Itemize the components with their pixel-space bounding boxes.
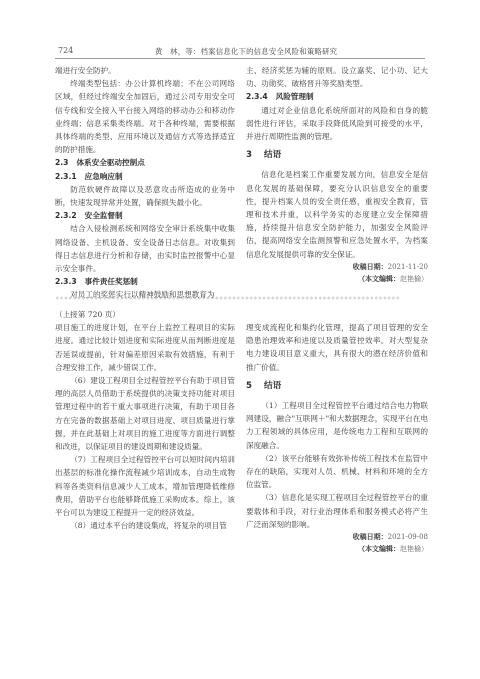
bottom-right-column: 理变成流程化和集约化管理，提高了项目管理的安全隐患治理效率和进度以及质量管控效率… bbox=[246, 321, 428, 555]
paragraph: （2）该平台能够有效弥补传统工程技术在监管中存在的缺陷，实现对人员、机械、材料和… bbox=[246, 452, 428, 492]
top-left-column: 端进行安全防护。 终端类型包括：办公计算机终端；不在公司网络区域，但经过终端安全… bbox=[55, 64, 235, 302]
paragraph: （6）建设工程项目全过程管控平台有助于项目管理的高层人员借助于系统提供的决策支持… bbox=[55, 374, 235, 453]
section-separator: ✧✧✧✧✧✧✧✧✧✧✧✧✧✧✧✧✧✧✧✧✧✧✧✧✧✧✧✧✧✧✧✧✧✧✧✧✧✧✧✧… bbox=[55, 296, 425, 302]
paragraph: 理变成流程化和集约化管理，提高了项目管理的安全隐患治理效率和进度以及质量管控效率… bbox=[246, 321, 428, 374]
section-heading-2-3: 2.3体系安全驱动控制点 bbox=[55, 156, 235, 169]
received-date-line: 收稿日期：2021-11-20 bbox=[246, 261, 428, 273]
section-heading-2-3-2: 2.3.2安全监督制 bbox=[55, 209, 235, 222]
section-heading-2-3-3: 2.3.3事件责任奖惩制 bbox=[55, 275, 235, 288]
paragraph: 通过对企业信息化系统所面对的风险和自身的脆弱性进行评估，采取手段降低风险到可接受… bbox=[246, 104, 428, 144]
paragraph: （8）通过本平台的建设集成，将复杂的项目管 bbox=[55, 519, 235, 532]
page-header: 724 黄 林，等：档案信息化下的信息安全风险和策略研究 bbox=[55, 44, 425, 59]
paragraph: （3）信息化是实现工程项目全过程管控平台的重要载体和手段，对行业治理体系和服务模… bbox=[246, 491, 428, 531]
section-heading-5: 5结语 bbox=[246, 380, 428, 393]
page-number: 724 bbox=[58, 46, 73, 55]
paragraph: 防范软硬件故障以及恶意攻击所造成的业务中断，快速发现异常并处置，确保损失最小化。 bbox=[55, 183, 235, 209]
continued-from-note: （上接第 720 页） bbox=[55, 308, 235, 321]
paragraph: 信息化是档案工作重要发展方向，信息安全是信息化发展的基础保障，要充分认识信息安全… bbox=[246, 168, 428, 260]
paragraph: 终端类型包括：办公计算机终端；不在公司网络区域，但经过终端安全加固后，通过公司专… bbox=[55, 77, 235, 156]
paragraph: 项目施工的进度计划，在平台上监控工程项目的实际进度。通过比较计划进度和实际进度从… bbox=[55, 321, 235, 374]
received-date-line: 收稿日期：2021-09-08 bbox=[246, 531, 428, 543]
journal-page: 724 黄 林，等：档案信息化下的信息安全风险和策略研究 端进行安全防护。 终端… bbox=[0, 0, 480, 679]
bottom-left-column: （上接第 720 页） 项目施工的进度计划，在平台上监控工程项目的实际进度。通过… bbox=[55, 308, 235, 532]
section-heading-2-3-1: 2.3.1应急响应制 bbox=[55, 170, 235, 183]
paragraph: （1）工程项目全过程管控平台通过结合电力物联网建设，融合"互联网＋"和大数据理念… bbox=[246, 399, 428, 452]
editor-line: （本文编辑：赵艳榆） bbox=[246, 543, 428, 555]
paragraph: 主、经济奖惩为辅的原则。设立嘉奖、记小功、记大功、功勋奖、破格晋升等奖励类型。 bbox=[246, 64, 428, 90]
paragraph: 结合入侵检测系统和网络安全审计系统集中收集网络设备、主机设备、安全设备日志信息。… bbox=[55, 222, 235, 275]
paragraph: 端进行安全防护。 bbox=[55, 64, 235, 77]
editor-line: （本文编辑：赵艳榆） bbox=[246, 273, 428, 285]
paragraph: （7）工程项目全过程管控平台可以短时间内培训出基层的标准化操作流程减少培训成本，… bbox=[55, 453, 235, 519]
section-heading-3: 3结语 bbox=[246, 149, 428, 162]
section-heading-2-3-4: 2.3.4风险管理制 bbox=[246, 90, 428, 103]
top-right-column: 主、经济奖惩为辅的原则。设立嘉奖、记小功、记大功、功勋奖、破格晋升等奖励类型。 … bbox=[246, 64, 428, 285]
running-title: 黄 林，等：档案信息化下的信息安全风险和策略研究 bbox=[155, 46, 337, 57]
